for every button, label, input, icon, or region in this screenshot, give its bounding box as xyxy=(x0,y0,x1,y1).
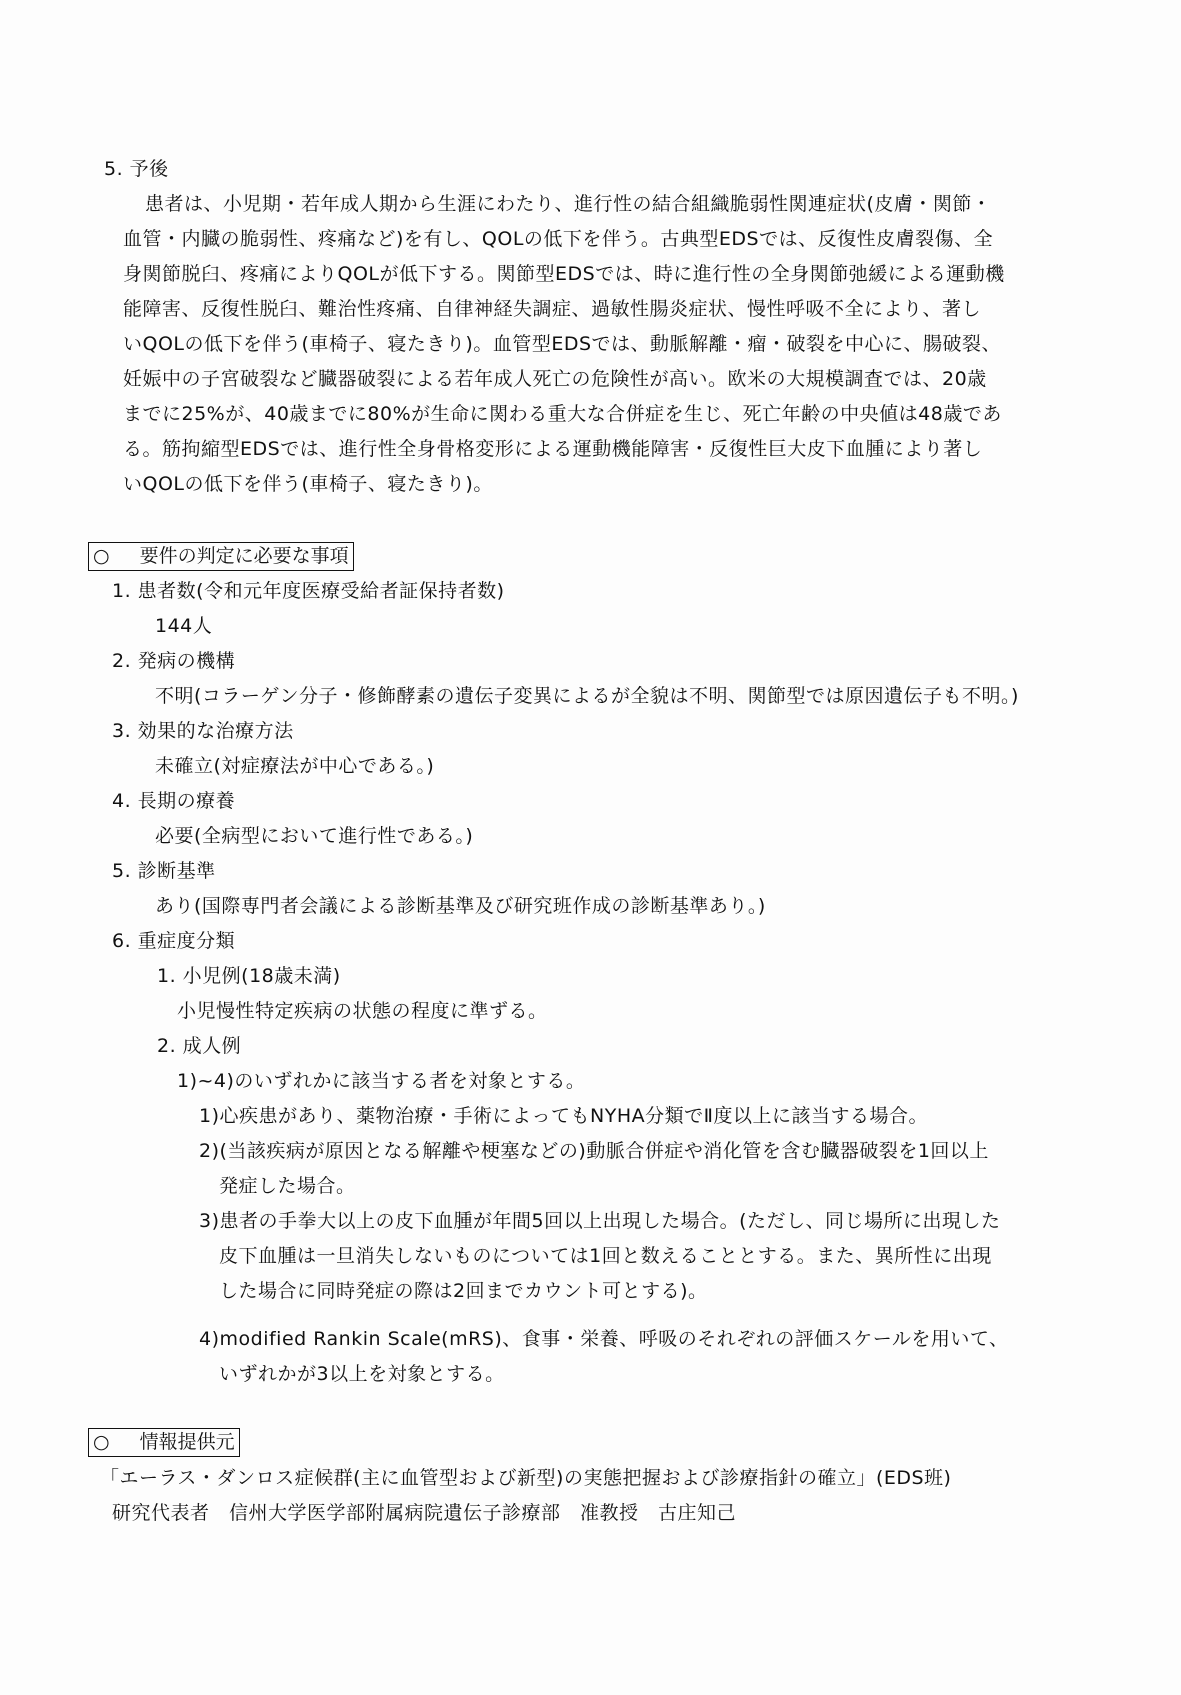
prognosis-line: 血管・内臓の脆弱性、疼痛など)を有し、QOLの低下を伴う。古典型EDSでは、反復… xyxy=(123,226,993,252)
criterion-line: 4)modified Rankin Scale(mRS)、食事・栄養、呼吸のそれ… xyxy=(199,1326,1009,1352)
item-heading: 4. 長期の療養 xyxy=(112,788,235,814)
source-section-heading: ○情報提供元 xyxy=(88,1428,240,1457)
item-heading: 6. 重症度分類 xyxy=(112,928,235,954)
prognosis-line: 能障害、反復性脱臼、難治性疼痛、自律神経失調症、過敏性腸炎症状、慢性呼吸不全によ… xyxy=(123,296,981,322)
requirements-title: 要件の判定に必要な事項 xyxy=(140,545,349,567)
source-group: 「エーラス・ダンロス症候群(主に血管型および新型)の実態把握および診療指針の確立… xyxy=(100,1465,951,1491)
source-representative: 研究代表者 信州大学医学部附属病院遺伝子診療部 准教授 古庄知己 xyxy=(112,1500,736,1526)
criterion-line: した場合に同時発症の際は2回までカウント可とする)。 xyxy=(219,1278,708,1304)
severity-adult-intro: 1)~4)のいずれかに該当する者を対象とする。 xyxy=(177,1068,585,1094)
item-heading: 3. 効果的な治療方法 xyxy=(112,718,294,744)
item-body: 不明(コラーゲン分子・修飾酵素の遺伝子変異によるが全貌は不明、関節型では原因遺伝… xyxy=(155,683,1019,709)
item-heading: 2. 発病の機構 xyxy=(112,648,235,674)
item-body: 必要(全病型において進行性である。) xyxy=(155,823,473,849)
severity-adult-heading: 2. 成人例 xyxy=(157,1033,241,1059)
circle-marker-icon: ○ xyxy=(93,1429,110,1456)
prognosis-line: までに25%が、40歳までに80%が生命に関わる重大な合併症を生じ、死亡年齢の中… xyxy=(123,401,1002,427)
circle-marker-icon: ○ xyxy=(93,543,110,570)
criterion-line: 1)心疾患があり、薬物治療・手術によってもNYHA分類でⅡ度以上に該当する場合。 xyxy=(199,1103,928,1129)
item-body: あり(国際専門者会議による診断基準及び研究班作成の診断基準あり。) xyxy=(155,893,766,919)
criterion-line: いずれかが3以上を対象とする。 xyxy=(219,1361,505,1387)
item-body: 未確立(対症療法が中心である。) xyxy=(155,753,434,779)
prognosis-line: 身関節脱臼、疼痛によりQOLが低下する。関節型EDSでは、時に進行性の全身関節弛… xyxy=(123,261,1005,287)
prognosis-line: 患者は、小児期・若年成人期から生涯にわたり、進行性の結合組織脆弱性関連症状(皮膚… xyxy=(145,191,991,217)
source-title: 情報提供元 xyxy=(140,1431,235,1453)
criterion-line: 3)患者の手拳大以上の皮下血腫が年間5回以上出現した場合。(ただし、同じ場所に出… xyxy=(199,1208,1001,1234)
criterion-line: 2)(当該疾病が原因となる解離や梗塞などの)動脈合併症や消化管を含む臓器破裂を1… xyxy=(199,1138,989,1164)
prognosis-line: いQOLの低下を伴う(車椅子、寝たきり)。血管型EDSでは、動脈解離・瘤・破裂を… xyxy=(123,331,1001,357)
severity-child-body: 小児慢性特定疾病の状態の程度に準ずる。 xyxy=(177,998,548,1024)
prognosis-heading: 5. 予後 xyxy=(104,156,169,182)
requirements-section-heading: ○要件の判定に必要な事項 xyxy=(88,542,354,571)
criterion-line: 発症した場合。 xyxy=(219,1173,356,1199)
prognosis-line: 妊娠中の子宮破裂など臓器破裂による若年成人死亡の危険性が高い。欧米の大規模調査で… xyxy=(123,366,987,392)
item-heading: 1. 患者数(令和元年度医療受給者証保持者数) xyxy=(112,578,505,604)
prognosis-line: る。筋拘縮型EDSでは、進行性全身骨格変形による運動機能障害・反復性巨大皮下血腫… xyxy=(123,436,982,462)
prognosis-line: いQOLの低下を伴う(車椅子、寝たきり)。 xyxy=(123,471,493,497)
item-heading: 5. 診断基準 xyxy=(112,858,216,884)
criterion-line: 皮下血腫は一旦消失しないものについては1回と数えることとする。また、異所性に出現 xyxy=(219,1243,992,1269)
severity-child-heading: 1. 小児例(18歳未満) xyxy=(157,963,341,989)
item-body: 144人 xyxy=(155,613,212,639)
